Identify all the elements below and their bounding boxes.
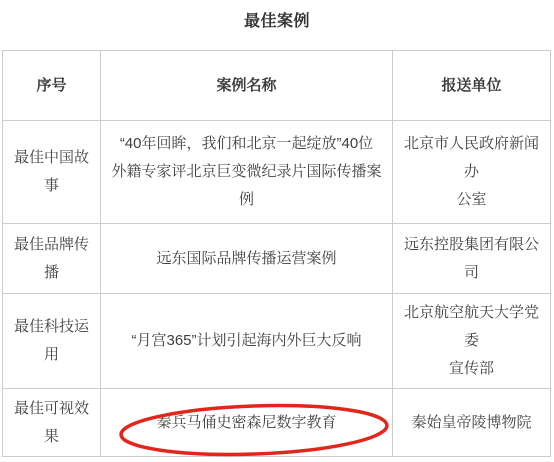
best-cases-table: 序号 案例名称 报送单位 最佳中国故事 “40年回眸，我们和北京一起绽放”40位… <box>2 50 551 457</box>
cell-submitter: 北京航空航天大学党委 宣传部 <box>393 294 551 389</box>
column-header-submitter: 报送单位 <box>393 51 551 121</box>
table-row: 最佳科技运用 “月宫365”计划引起海内外巨大反响 北京航空航天大学党委 宣传部 <box>3 294 551 389</box>
cell-category: 最佳可视效果 <box>3 389 101 457</box>
cell-case-name highlighted-cell: 秦兵马俑史密森尼数字教育 <box>101 389 393 457</box>
cell-category: 最佳科技运用 <box>3 294 101 389</box>
column-header-case-name: 案例名称 <box>101 51 393 121</box>
table-row: 最佳中国故事 “40年回眸，我们和北京一起绽放”40位 外籍专家评北京巨变微纪录… <box>3 121 551 224</box>
column-header-serial: 序号 <box>3 51 101 121</box>
cell-category: 最佳中国故事 <box>3 121 101 224</box>
cell-submitter: 秦始皇帝陵博物院 <box>393 389 551 457</box>
document-page: 最佳案例 序号 案例名称 报送单位 最佳中国故事 “40年回眸，我们和北京一起绽… <box>0 0 554 462</box>
cell-submitter: 远东控股集团有限公司 <box>393 224 551 294</box>
cell-category: 最佳品牌传播 <box>3 224 101 294</box>
table-row: 最佳品牌传播 远东国际品牌传播运营案例 远东控股集团有限公司 <box>3 224 551 294</box>
table-row: 最佳可视效果 秦兵马俑史密森尼数字教育 秦始皇帝陵博物院 <box>3 389 551 457</box>
table-header-row: 序号 案例名称 报送单位 <box>3 51 551 121</box>
cell-case-name: 远东国际品牌传播运营案例 <box>101 224 393 294</box>
cell-case-name: “月宫365”计划引起海内外巨大反响 <box>101 294 393 389</box>
cell-case-name: “40年回眸，我们和北京一起绽放”40位 外籍专家评北京巨变微纪录片国际传播案例 <box>101 121 393 224</box>
cell-submitter: 北京市人民政府新闻办 公室 <box>393 121 551 224</box>
page-title: 最佳案例 <box>0 8 554 31</box>
